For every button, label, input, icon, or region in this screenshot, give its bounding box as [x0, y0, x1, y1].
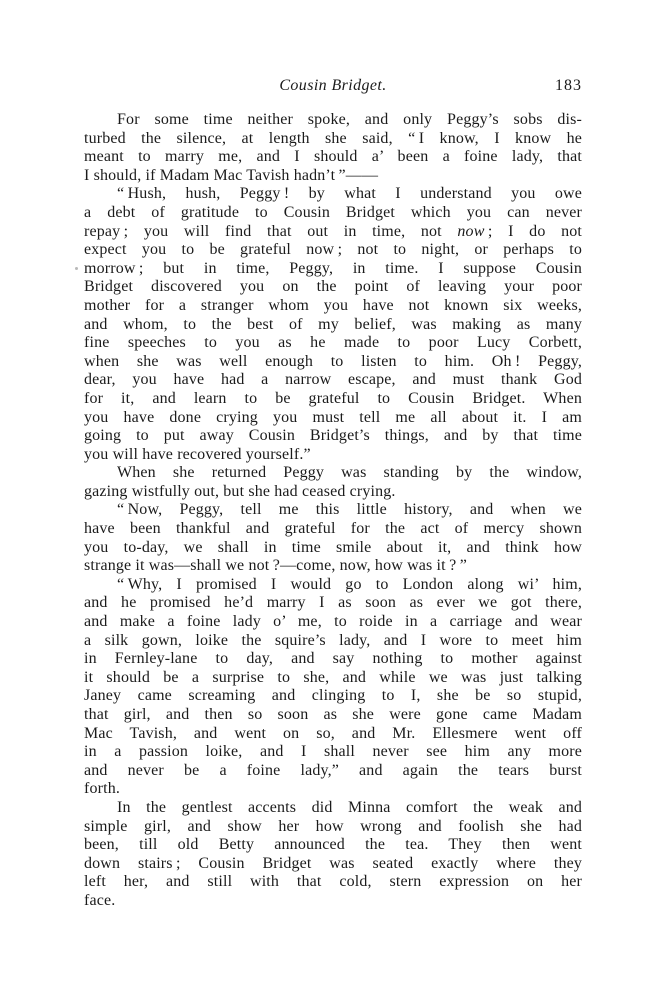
- text-line: turbed the silence, at length she said, …: [84, 130, 582, 149]
- text-line: have been thankful and grateful for the …: [84, 520, 582, 539]
- text-line: “ Why, I promised I would go to London a…: [84, 576, 582, 595]
- text-line: in a passion loike, and I shall never se…: [84, 743, 582, 762]
- text-line: expect you to be grateful now ; not to n…: [84, 241, 582, 260]
- text-line: strange it was—shall we not ?—come, now,…: [84, 557, 582, 576]
- text-line: and never be a foine lady,” and again th…: [84, 762, 582, 781]
- paragraph: In the gentlest accents did Minna comfor…: [84, 799, 582, 911]
- text-line: fine speeches to you as he made to poor …: [84, 334, 582, 353]
- page-number: 183: [555, 77, 582, 95]
- text-line: gazing wistfully out, but she had ceased…: [84, 483, 582, 502]
- text-line: down stairs ; Cousin Bridget was seated …: [84, 855, 582, 874]
- running-head: Cousin Bridget. 183: [84, 77, 582, 97]
- text-line: simple girl, and show her how wrong and …: [84, 818, 582, 837]
- text-line: you have done crying you must tell me al…: [84, 409, 582, 428]
- text-line: when she was well enough to listen to hi…: [84, 353, 582, 372]
- text-line: mother for a stranger whom you have not …: [84, 297, 582, 316]
- text-line: face.: [84, 892, 582, 911]
- paragraph: “ Hush, hush, Peggy ! by what I understa…: [84, 185, 582, 464]
- text-line: meant to marry me, and I should a’ been …: [84, 148, 582, 167]
- paragraph: For some time neither spoke, and only Pe…: [84, 111, 582, 185]
- text-line: Bridget discovered you on the point of l…: [84, 278, 582, 297]
- text-line: When she returned Peggy was standing by …: [84, 464, 582, 483]
- text-line: dear, you have had a narrow escape, and …: [84, 371, 582, 390]
- scan-speck: [75, 267, 78, 270]
- text-line: left her, and still with that cold, ster…: [84, 873, 582, 892]
- text-line: Janey came screaming and clinging to I, …: [84, 687, 582, 706]
- text-line: Mac Tavish, and went on so, and Mr. Elle…: [84, 725, 582, 744]
- text-line: it should be a surprise to she, and whil…: [84, 669, 582, 688]
- text-line: a silk gown, loike the squire’s lady, an…: [84, 632, 582, 651]
- running-head-title: Cousin Bridget.: [84, 77, 582, 95]
- text-line: repay ; you will find that out in time, …: [84, 223, 582, 242]
- text-line: forth.: [84, 780, 582, 799]
- paragraph: When she returned Peggy was standing by …: [84, 464, 582, 501]
- text-line: and he promised he’d marry I as soon as …: [84, 594, 582, 613]
- text-line: and whom, to the best of my belief, was …: [84, 316, 582, 335]
- text-line: morrow ; but in time, Peggy, in time. I …: [84, 260, 582, 279]
- paragraph: “ Why, I promised I would go to London a…: [84, 576, 582, 799]
- text-line: for it, and learn to be grateful to Cous…: [84, 390, 582, 409]
- text-line: a debt of gratitude to Cousin Bridget wh…: [84, 204, 582, 223]
- text-line: and make a foine lady o’ me, to roide in…: [84, 613, 582, 632]
- text-line: that girl, and then so soon as she were …: [84, 706, 582, 725]
- text-line: you will have recovered yourself.”: [84, 446, 582, 465]
- body-text: For some time neither spoke, and only Pe…: [84, 111, 582, 911]
- text-line: “ Now, Peggy, tell me this little histor…: [84, 501, 582, 520]
- text-line: you to-day, we shall in time smile about…: [84, 539, 582, 558]
- text-line: For some time neither spoke, and only Pe…: [84, 111, 582, 130]
- text-line: been, till old Betty announced the tea. …: [84, 836, 582, 855]
- paragraph: “ Now, Peggy, tell me this little histor…: [84, 501, 582, 575]
- text-line: In the gentlest accents did Minna comfor…: [84, 799, 582, 818]
- text-line: I should, if Madam Mac Tavish hadn’t ”——: [84, 167, 582, 186]
- scanned-page: Cousin Bridget. 183 For some time neithe…: [0, 0, 666, 982]
- text-line: going to put away Cousin Bridget’s thing…: [84, 427, 582, 446]
- text-line: in Fernley-lane to day, and say nothing …: [84, 650, 582, 669]
- text-line: “ Hush, hush, Peggy ! by what I understa…: [84, 185, 582, 204]
